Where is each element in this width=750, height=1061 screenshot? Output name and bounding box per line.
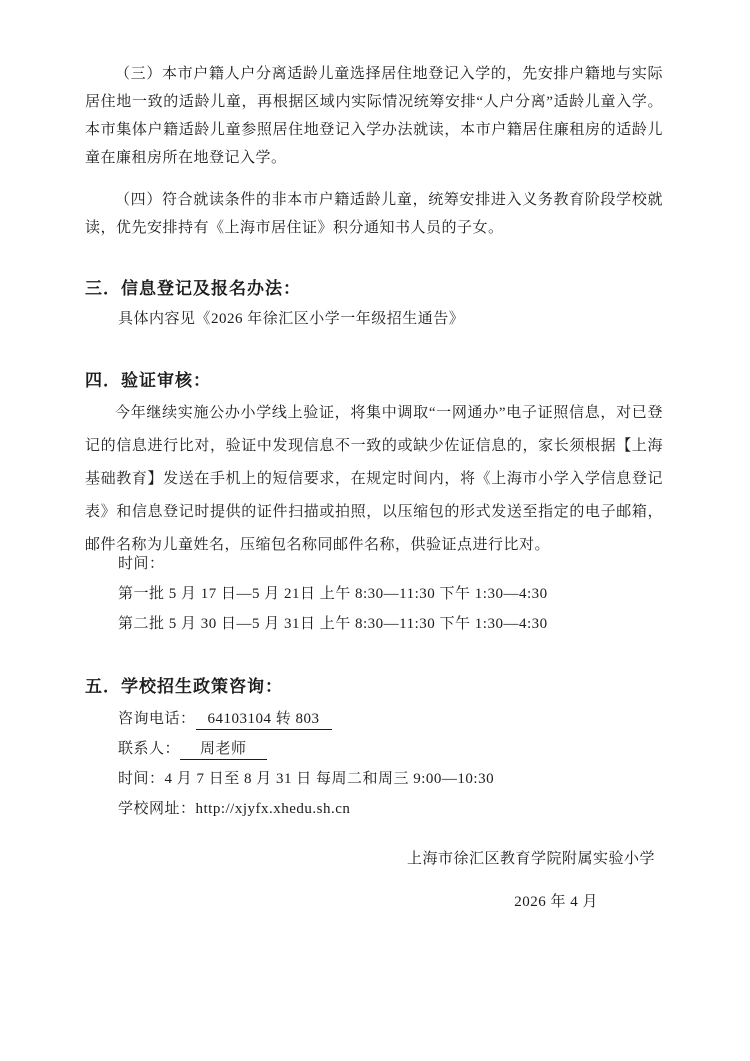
school-website-label: 学校网址： [118,801,196,817]
consult-phone-line: 咨询电话：64103104 转 803 [85,705,663,733]
section-body-verification: 今年继续实施公办小学线上验证，将集中调取“一网通办”电子证照信息，对已登记的信息… [85,397,663,562]
verification-time-label: 时间： [85,550,663,578]
paragraph-non-resident-children: （四）符合就读条件的非本市户籍适龄儿童，统筹安排进入义务教育阶段学校就读，优先安… [85,186,663,242]
document-content: （三）本市户籍人户分离适龄儿童选择居住地登记入学的，先安排户籍地与实际居住地一致… [85,0,663,1061]
section-body-info-registration: 具体内容见《2026 年徐汇区小学一年级招生通告》 [85,305,663,333]
section-heading-info-registration: 三．信息登记及报名办法： [85,278,663,300]
school-website-url: http://xjyfx.xhedu.sh.cn [196,801,351,817]
section-heading-verification: 四．验证审核： [85,370,663,392]
consult-contact-label: 联系人： [118,741,180,757]
signature-date: 2026 年 4 月 [85,888,663,916]
verification-batch1: 第一批 5 月 17 日—5 月 21日 上午 8:30—11:30 下午 1:… [85,580,663,608]
consult-contact-value: 周老师 [180,739,267,760]
signature-school-name: 上海市徐汇区教育学院附属实验小学 [85,845,663,873]
consult-contact-line: 联系人：周老师 [85,735,663,763]
school-website-line: 学校网址：http://xjyfx.xhedu.sh.cn [85,795,663,823]
consult-time-line: 时间：4 月 7 日至 8 月 31 日 每周二和周三 9:00—10:30 [85,765,663,793]
consult-phone-label: 咨询电话： [118,711,196,727]
document-page: （三）本市户籍人户分离适龄儿童选择居住地登记入学的，先安排户籍地与实际居住地一致… [0,0,750,1061]
paragraph-household-separation: （三）本市户籍人户分离适龄儿童选择居住地登记入学的，先安排户籍地与实际居住地一致… [85,60,663,172]
section-heading-consultation: 五．学校招生政策咨询： [85,676,663,698]
consult-phone-value: 64103104 转 803 [196,709,332,730]
verification-batch2: 第二批 5 月 30 日—5 月 31日 上午 8:30—11:30 下午 1:… [85,610,663,638]
